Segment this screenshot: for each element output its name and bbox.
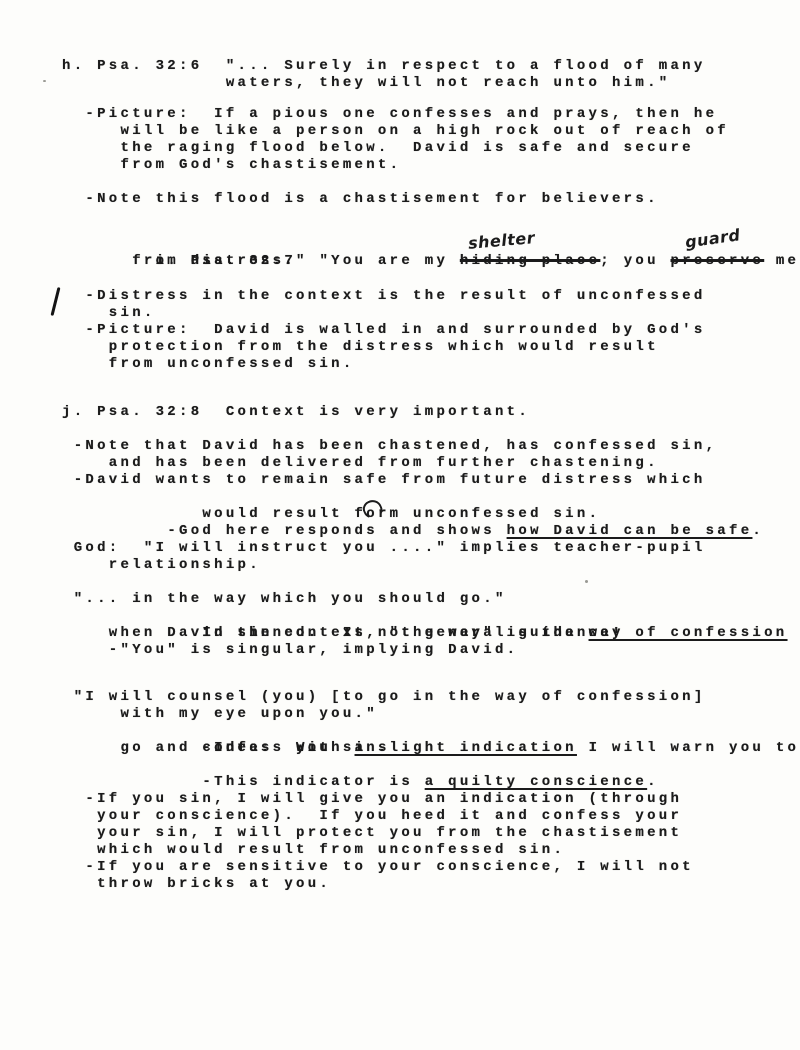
struck-word: hiding place (460, 253, 600, 269)
text-line: sin. (62, 305, 790, 322)
text-line: -If you sin, I will give you an indicati… (62, 791, 790, 808)
text-line: from God's chastisement. (62, 157, 790, 174)
text-line: which would result from unconfessed sin. (62, 842, 790, 859)
way-paragraph: "... in the way which you should go." In… (62, 591, 790, 659)
counsel-paragraph: "I will counsel (you) [to go in the way … (62, 689, 790, 774)
text-line: with my eye upon you." (62, 706, 790, 723)
underlined-phrase: a quilty conscience (425, 774, 647, 790)
struck-text: hiding placeshelter (460, 253, 600, 269)
text-line: -Distress in the context is the result o… (62, 288, 790, 305)
underlined-phrase: how David can be safe (507, 523, 753, 539)
text-line: -Note this flood is a chastisement for b… (62, 191, 790, 208)
teacher-pupil-paragraph: God: "I will instruct you ...." implies … (62, 540, 790, 574)
text-line: will be like a person on a high rock out… (62, 123, 790, 140)
text-line-with-underline: -Idea: With a slight indication I will w… (62, 723, 790, 740)
closing-paragraph: -If you sin, I will give you an indicati… (62, 791, 790, 893)
text-line: -Picture: David is walled in and surroun… (62, 322, 790, 339)
transposed-letters: or (366, 506, 389, 522)
text-segment: would result f (156, 506, 367, 522)
text-line-with-transposition: would result form unconfessed sin. (62, 489, 790, 506)
text-line: throw bricks at you. (62, 876, 790, 893)
text-segment: I will warn you to (577, 740, 799, 756)
notes-paragraph-32-8: -Note that David has been chastened, has… (62, 438, 790, 523)
section-psa-32-8: j. Psa. 32:8 Context is very important. (62, 404, 790, 421)
struck-text: preserveguard (671, 253, 765, 269)
heading-line-with-corrections: i. Psa. 32:7 "You are my hiding placeshe… (62, 236, 790, 253)
scan-speck (43, 80, 46, 82)
text-segment: -God here responds and shows (156, 523, 507, 539)
heading-line: h. Psa. 32:6 "... Surely in respect to a… (62, 58, 790, 75)
text-segment: . (647, 774, 659, 790)
text-line: -Picture: If a pious one confesses and p… (62, 106, 790, 123)
text-line: the raging flood below. David is safe an… (62, 140, 790, 157)
heading-text: ; you (600, 253, 670, 269)
text-segment: m unconfessed sin. (390, 506, 601, 522)
text-line: your conscience). If you heed it and con… (62, 808, 790, 825)
heading-text: me (764, 253, 799, 269)
page-content: h. Psa. 32:6 "... Surely in respect to a… (62, 58, 790, 893)
handwritten-margin-tick (51, 287, 61, 316)
text-line: -Note that David has been chastened, has… (62, 438, 790, 455)
handwritten-correction-shelter: shelter (467, 231, 535, 251)
text-segment: -This indicator is (156, 774, 425, 790)
heading-line: j. Psa. 32:8 Context is very important. (62, 404, 790, 421)
text-line: relationship. (62, 557, 790, 574)
text-line: God: "I will instruct you ...." implies … (62, 540, 790, 557)
picture-paragraph-32-6: -Picture: If a pious one confesses and p… (62, 106, 790, 174)
note-paragraph-32-6: -Note this flood is a chastisement for b… (62, 191, 790, 208)
text-line: and has been delivered from further chas… (62, 455, 790, 472)
scanned-page: h. Psa. 32:6 "... Surely in respect to a… (0, 0, 800, 1050)
text-line: your sin, I will protect you from the ch… (62, 825, 790, 842)
text-line-with-underline: In the context, "the way" is the way of … (62, 608, 790, 625)
section-psa-32-7: i. Psa. 32:7 "You are my hiding placeshe… (62, 236, 790, 270)
heading-line: waters, they will not reach unto him." (62, 75, 790, 92)
text-line: from unconfessed sin. (62, 356, 790, 373)
text-line: "I will counsel (you) [to go in the way … (62, 689, 790, 706)
text-segment: . (752, 523, 764, 539)
text-line: -David wants to remain safe from future … (62, 472, 790, 489)
text-line: "... in the way which you should go." (62, 591, 790, 608)
section-psa-32-6: h. Psa. 32:6 "... Surely in respect to a… (62, 58, 790, 92)
text-line: protection from the distress which would… (62, 339, 790, 356)
handwritten-correction-guard: guard (684, 228, 741, 250)
text-line: -If you are sensitive to your conscience… (62, 859, 790, 876)
text-line-with-underline: -This indicator is a quilty conscience. (62, 757, 790, 774)
struck-word: preserve (671, 253, 765, 269)
body-paragraph-32-7: -Distress in the context is the result o… (62, 288, 790, 373)
text-line: -"You" is singular, implying David. (62, 642, 790, 659)
